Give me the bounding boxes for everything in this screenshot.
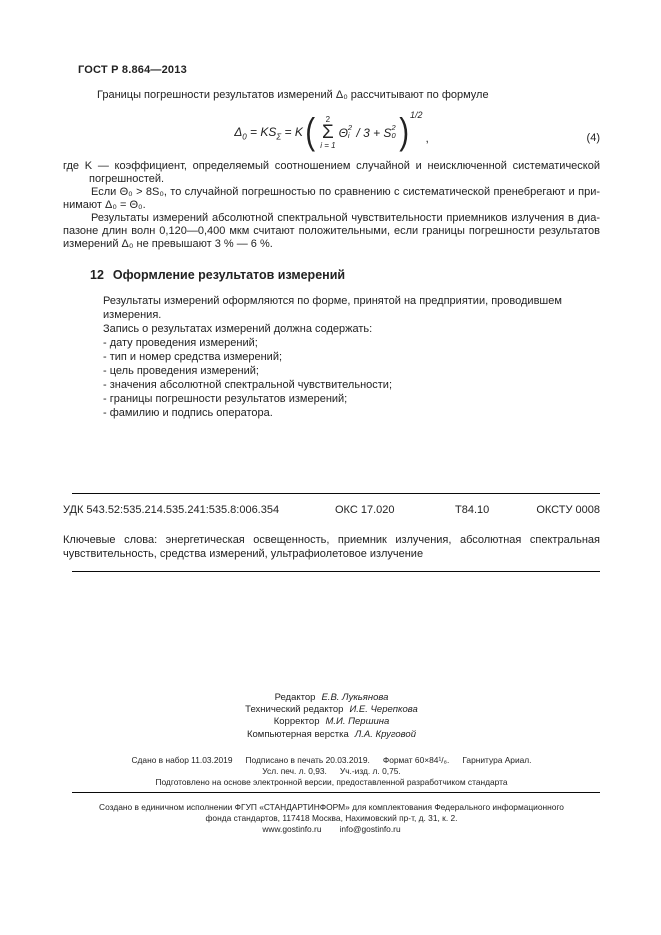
imprint-line-3: Подготовлено на основе электронной верси… — [63, 777, 600, 788]
editorial-row: РедакторЕ.В. Лукьянова — [63, 692, 600, 704]
exponent: 1/2 — [410, 110, 423, 120]
editorial-row: Компьютерная версткаЛ.А. Круговой — [63, 729, 600, 741]
section-body: Результаты измерений оформляются по форм… — [103, 294, 600, 420]
equation-number: (4) — [587, 132, 600, 144]
gostinfo-url: www.gostinfo.ru — [262, 824, 321, 835]
t-code: Т84.10 — [455, 504, 489, 516]
imprint-line-2: Усл. печ. л. 0,93. Уч.-изд. л. 0,75. — [63, 766, 600, 777]
intro-paragraph: Границы погрешности результатов измерени… — [63, 89, 600, 102]
keywords-paragraph: Ключевые слова: энергетическая освещенно… — [63, 534, 600, 561]
editorial-row: Технический редакторИ.Е. Черепкова — [63, 704, 600, 716]
close-paren-group: ) 1/2 — [397, 115, 424, 152]
document-page: ГОСТ Р 8.864—2013 Границы погрешности ре… — [0, 0, 661, 935]
formula-lhs: Δ0 = KSΣ = K — [234, 125, 303, 141]
summation-symbol: 2 Σ i = 1 — [320, 116, 335, 150]
publisher-line-1: Создано в единичном исполнении ФГУП «СТА… — [63, 802, 600, 813]
publisher-line-2: фонда стандартов, 117418 Москва, Нахимов… — [63, 813, 600, 824]
classification-codes-row: УДК 543.52:535.214.535.241:535.8:006.354… — [63, 504, 600, 517]
open-paren: ( — [305, 113, 315, 150]
editorial-row: КорректорМ.И. Першина — [63, 716, 600, 728]
divider-bottom — [72, 792, 600, 793]
divider-middle — [72, 571, 600, 572]
formula: Δ0 = KSΣ = K ( 2 Σ i = 1 Θ2i / 3 + S20 )… — [63, 107, 600, 159]
divider-top — [72, 493, 600, 494]
paragraph-theta-condition: Если Θ₀ > 8S₀, то случайной погрешностью… — [63, 186, 600, 212]
imprint-block: Сдано в набор 11.03.2019 Подписано в печ… — [63, 755, 600, 787]
okstu-code: ОКСТУ 0008 — [536, 504, 600, 516]
paragraph-measurement-results: Результаты измерений абсолютной спектрал… — [63, 212, 600, 251]
where-paragraph: где K — коэффициент, определяемый соотно… — [63, 160, 600, 186]
formula-body: Θ2i / 3 + S20 — [339, 125, 397, 142]
imprint-line-1: Сдано в набор 11.03.2019 Подписано в печ… — [63, 755, 600, 766]
gostinfo-email: info@gostinfo.ru — [340, 824, 401, 835]
udk-code: УДК 543.52:535.214.535.241:535.8:006.354 — [63, 504, 279, 516]
editorial-credits: РедакторЕ.В. Лукьянова Технический редак… — [63, 692, 600, 741]
oks-code: ОКС 17.020 — [335, 504, 395, 516]
doc-code: ГОСТ Р 8.864—2013 — [78, 64, 187, 76]
publisher-block: Создано в единичном исполнении ФГУП «СТА… — [63, 802, 600, 836]
publisher-contacts: www.gostinfo.ru info@gostinfo.ru — [262, 824, 400, 835]
section-title: Оформление результатов измерений — [113, 268, 345, 282]
formula-comma: , — [425, 131, 428, 145]
section-number: 12 — [90, 268, 104, 282]
section-heading: 12 Оформление результатов измерений — [90, 268, 345, 282]
